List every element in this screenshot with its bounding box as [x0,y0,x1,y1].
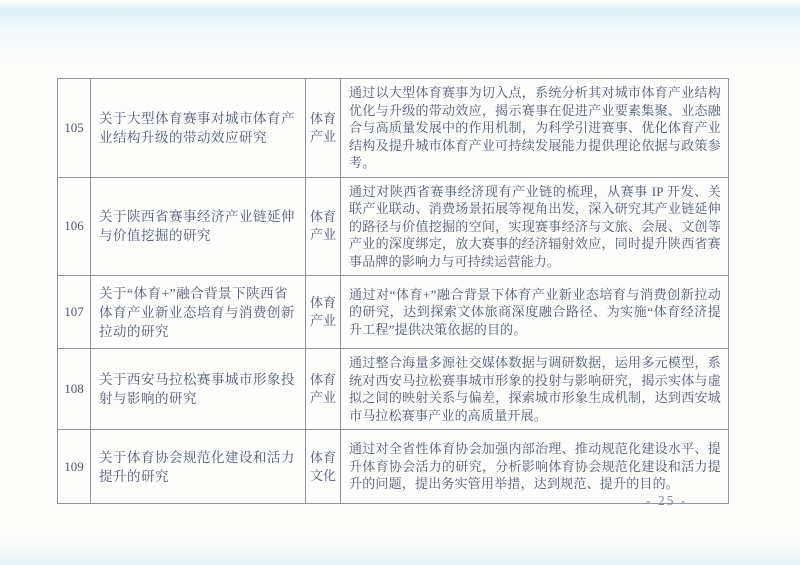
topic-category: 体育 产业 [306,79,341,178]
topic-category: 体育 产业 [306,177,341,276]
topic-category: 体育 文化 [306,430,341,504]
topic-title: 关于“体育+”融合背景下陕西省体育产业新业态培育与消费创新拉动的研究 [91,276,306,349]
topic-description: 通过对“体育+”融合背景下体育产业新业态培育与消费创新拉动的研究，达到探索文体旅… [341,276,729,349]
row-number: 107 [58,276,91,349]
row-number: 105 [58,79,91,178]
topic-description: 通过整合海量多源社交媒体数据与调研数据，运用多元模型，系统对西安马拉松赛事城市形… [341,349,729,430]
category-line: 产业 [307,226,339,244]
topic-description: 通过对陕西省赛事经济现有产业链的梳理，从赛事 IP 开发、关联产业联动、消费场景… [341,177,729,276]
row-number: 106 [58,177,91,276]
scan-tint-top [0,0,800,62]
table-row: 108 关于西安马拉松赛事城市形象投射与影响的研究 体育 产业 通过整合海量多源… [58,349,729,430]
row-number: 108 [58,349,91,430]
category-line: 体育 [307,110,339,128]
category-line: 文化 [307,467,339,485]
category-line: 产业 [307,312,339,330]
table-row: 106 关于陕西省赛事经济产业链延伸与价值挖掘的研究 体育 产业 通过对陕西省赛… [58,177,729,276]
page-number: - 25 - [646,493,687,509]
topic-category: 体育 产业 [306,349,341,430]
topic-title: 关于西安马拉松赛事城市形象投射与影响的研究 [91,349,306,430]
topic-category: 体育 产业 [306,276,341,349]
research-topics-table: 105 关于大型体育赛事对城市体育产业结构升级的带动效应研究 体育 产业 通过以… [57,78,729,504]
topic-title: 关于陕西省赛事经济产业链延伸与价值挖掘的研究 [91,177,306,276]
topic-description: 通过以大型体育赛事为切入点，系统分析其对城市体育产业结构优化与升级的带动效应，揭… [341,79,729,178]
scan-tint-bottom [0,539,800,565]
category-line: 体育 [307,449,339,467]
category-line: 产业 [307,389,339,407]
table-row: 107 关于“体育+”融合背景下陕西省体育产业新业态培育与消费创新拉动的研究 体… [58,276,729,349]
table-row: 105 关于大型体育赛事对城市体育产业结构升级的带动效应研究 体育 产业 通过以… [58,79,729,178]
category-line: 产业 [307,128,339,146]
row-number: 109 [58,430,91,504]
topic-title: 关于大型体育赛事对城市体育产业结构升级的带动效应研究 [91,79,306,178]
category-line: 体育 [307,371,339,389]
topic-title: 关于体育协会规范化建设和活力提升的研究 [91,430,306,504]
document-page: 105 关于大型体育赛事对城市体育产业结构升级的带动效应研究 体育 产业 通过以… [0,0,800,565]
category-line: 体育 [307,208,339,226]
category-line: 体育 [307,294,339,312]
table-row: 109 关于体育协会规范化建设和活力提升的研究 体育 文化 通过对全省性体育协会… [58,430,729,504]
